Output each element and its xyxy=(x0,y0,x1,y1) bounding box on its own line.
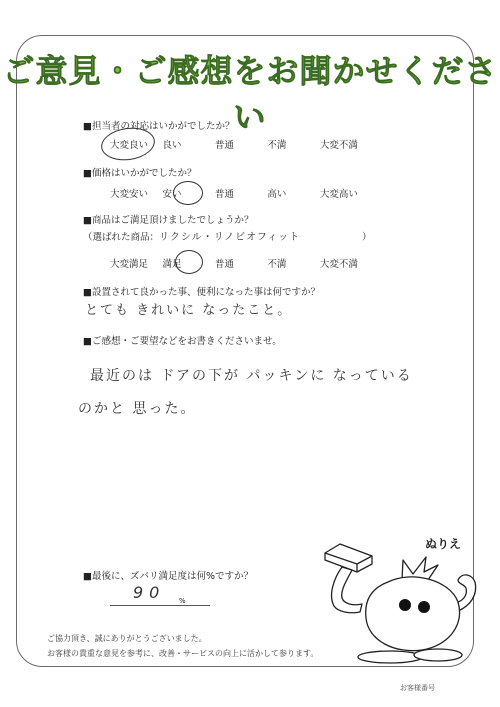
option-unsatisfied[interactable]: 不満 xyxy=(267,137,319,151)
selected-product-value: リクシル・リノビオフィット xyxy=(159,232,300,243)
option-unsatisfied[interactable]: 不満 xyxy=(267,256,319,270)
question-product-satisfaction: ■商品はご満足頂けましたでしょうか？ xyxy=(83,212,253,226)
form-title: ご意見・ご感想をお聞かせください xyxy=(0,46,500,138)
selected-product-prefix: （選ばれた商品： xyxy=(83,232,159,243)
percent-unit: % xyxy=(179,597,186,605)
option-very-cheap[interactable]: 大変安い xyxy=(110,186,162,200)
option-average[interactable]: 普通 xyxy=(215,137,267,151)
question-price: ■価格はいかがでしたか？ xyxy=(83,165,196,179)
question-overall-satisfaction: ■最後に、ズバリ満足度は何%ですか？ xyxy=(83,568,253,582)
options-price: 大変安い 安い 普通 高い 大変高い xyxy=(110,186,375,200)
option-very-satisfied[interactable]: 大変満足 xyxy=(110,256,162,270)
thanks-line: ご協力頂き、誠にありがとうございました。 xyxy=(47,633,207,644)
improvement-line: お客様の貴重な意見を参考に、改善・サービスの向上に活かして参ります。 xyxy=(47,648,318,659)
satisfaction-answer: 90 xyxy=(133,583,165,602)
comments-answer-line-2: のかと 思った。 xyxy=(78,398,196,418)
option-very-unsatisfied[interactable]: 大変不満 xyxy=(320,256,375,270)
comments-answer-line-1: 最近のは ドアの下が パッキンに なっている xyxy=(90,365,413,385)
customer-number-label: お客様番号 xyxy=(400,683,435,693)
option-very-expensive[interactable]: 大変高い xyxy=(320,186,375,200)
option-expensive[interactable]: 高い xyxy=(267,186,319,200)
question-staff-response: ■担当者の対応はいかがでしたか？ xyxy=(83,118,234,132)
options-staff-response: 大変良い 良い 普通 不満 大変不満 xyxy=(110,137,375,151)
satisfaction-answer-line xyxy=(110,605,210,606)
option-very-good[interactable]: 大変良い xyxy=(110,137,162,151)
options-product-satisfaction: 大変満足 満足 普通 不満 大変不満 xyxy=(110,256,375,270)
selected-product-suffix: ） xyxy=(362,229,372,243)
question-benefits: ■設置されて良かった事、便利になった事は何ですか？ xyxy=(83,284,320,298)
option-average[interactable]: 普通 xyxy=(215,256,267,270)
option-good[interactable]: 良い xyxy=(162,137,214,151)
option-average[interactable]: 普通 xyxy=(215,186,267,200)
benefits-answer: とても きれいに なったこと。 xyxy=(85,299,292,318)
option-very-unsatisfied[interactable]: 大変不満 xyxy=(320,137,375,151)
question-comments: ■ご感想・ご要望などをお書きくださいませ。 xyxy=(83,333,282,347)
selected-product-line: （選ばれた商品：リクシル・リノビオフィット xyxy=(83,228,300,243)
mascot-illustration xyxy=(320,540,490,665)
option-cheap[interactable]: 安い xyxy=(162,186,214,200)
option-satisfied[interactable]: 満足 xyxy=(162,256,214,270)
